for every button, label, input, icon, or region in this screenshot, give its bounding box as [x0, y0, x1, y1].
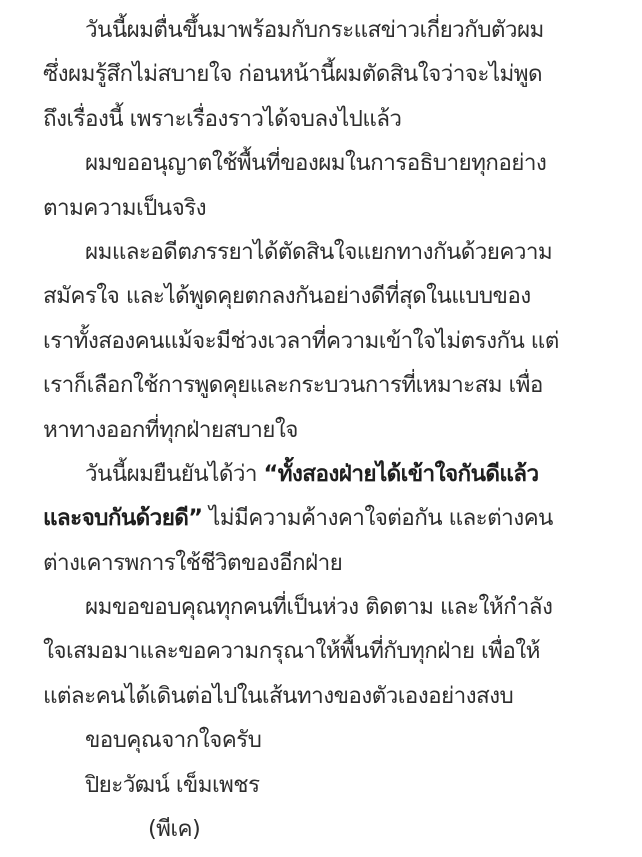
emphasized-quote: และจบกันด้วยดี” — [43, 505, 202, 531]
text-line: วันนี้ผมตื่นขึ้นมาพร้อมกับกระแสข่าวเกี่ย… — [43, 8, 633, 52]
text-line: หาทางออกที่ทุกฝ่ายสบายใจ — [43, 408, 633, 452]
text-line: ใจเสมอมาและขอความกรุณาให้พื้นที่กับทุกฝ่… — [43, 629, 633, 673]
signature-nickname: (พีเค) — [43, 807, 633, 851]
text-line: ต่างเคารพการใช้ชีวิตของอีกฝ่าย — [43, 541, 633, 585]
signature-block: ขอบคุณจากใจครับ ปิยะวัฒน์ เข็มเพชร (พีเค… — [43, 718, 633, 851]
text-line: ผมและอดีตภรรยาได้ตัดสินใจแยกทางกันด้วยคว… — [43, 230, 633, 274]
text-plain: ไม่มีความค้างคาใจต่อกัน และต่างคน — [202, 505, 552, 531]
text-line: ผมขอขอบคุณทุกคนที่เป็นห่วง ติดตาม และให้… — [43, 585, 633, 629]
text-line: สมัครใจ และได้พูดคุยตกลงกันอย่างดีที่สุด… — [43, 274, 633, 318]
text-line: แต่ละคนได้เดินต่อไปในเส้นทางของตัวเองอย่… — [43, 674, 633, 718]
text-line: วันนี้ผมยืนยันได้ว่า “ทั้งสองฝ่ายได้เข้า… — [43, 452, 633, 496]
text-line: เราก็เลือกใช้การพูดคุยและกระบวนการที่เหม… — [43, 363, 633, 407]
text-line: ซึ่งผมรู้สึกไม่สบายใจ ก่อนหน้านี้ผมตัดสิ… — [43, 52, 633, 96]
paragraph-1: วันนี้ผมตื่นขึ้นมาพร้อมกับกระแสข่าวเกี่ย… — [43, 8, 633, 141]
closing-line: ขอบคุณจากใจครับ — [43, 718, 633, 762]
emphasized-quote: “ทั้งสองฝ่ายได้เข้าใจกันดีแล้ว — [264, 461, 539, 487]
text-line: ผมขออนุญาตใช้พื้นที่ของผมในการอธิบายทุกอ… — [43, 141, 633, 185]
text-line: เราทั้งสองคนแม้จะมีช่วงเวลาที่ความเข้าใจ… — [43, 319, 633, 363]
paragraph-2: ผมขออนุญาตใช้พื้นที่ของผมในการอธิบายทุกอ… — [43, 141, 633, 230]
text-plain: วันนี้ผมยืนยันได้ว่า — [85, 461, 264, 487]
paragraph-5: ผมขอขอบคุณทุกคนที่เป็นห่วง ติดตาม และให้… — [43, 585, 633, 718]
statement-document: วันนี้ผมตื่นขึ้นมาพร้อมกับกระแสข่าวเกี่ย… — [43, 8, 633, 851]
text-line: ตามความเป็นจริง — [43, 186, 633, 230]
text-line: ถึงเรื่องนี้ เพราะเรื่องราวได้จบลงไปแล้ว — [43, 97, 633, 141]
paragraph-4: วันนี้ผมยืนยันได้ว่า “ทั้งสองฝ่ายได้เข้า… — [43, 452, 633, 585]
signature-name: ปิยะวัฒน์ เข็มเพชร — [43, 763, 633, 807]
text-line: และจบกันด้วยดี” ไม่มีความค้างคาใจต่อกัน … — [43, 496, 633, 540]
paragraph-3: ผมและอดีตภรรยาได้ตัดสินใจแยกทางกันด้วยคว… — [43, 230, 633, 452]
